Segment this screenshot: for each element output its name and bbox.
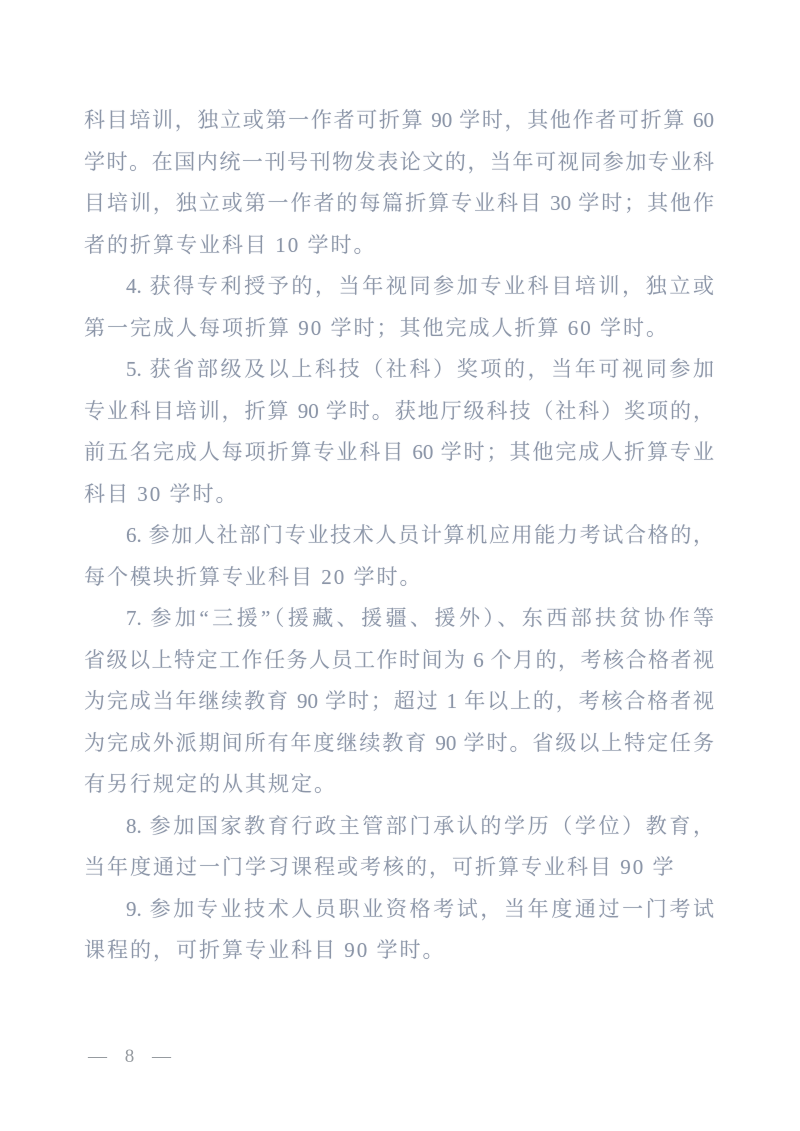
- text-line: 8. 参加国家教育行政主管部门承认的学历（学位）教育，: [84, 806, 714, 848]
- text-line: 前五名完成人每项折算专业科目 60 学时；其他完成人折算专业: [84, 432, 714, 474]
- text-line: 为完成当年继续教育 90 学时；超过 1 年以上的，考核合格者视: [84, 681, 714, 723]
- text-line: 6. 参加人社部门专业技术人员计算机应用能力考试合格的，: [84, 515, 714, 557]
- text-line: 课程的，可折算专业科目 90 学时。: [84, 930, 714, 972]
- text-line: 者的折算专业科目 10 学时。: [84, 225, 714, 267]
- text-line: 省级以上特定工作任务人员工作时间为 6 个月的，考核合格者视: [84, 640, 714, 682]
- text-line: 专业科目培训，折算 90 学时。获地厅级科技（社科）奖项的，: [84, 391, 714, 433]
- text-line: 科目培训，独立或第一作者可折算 90 学时，其他作者可折算 60: [84, 100, 714, 142]
- page-number: — 8 —: [88, 1046, 173, 1067]
- text-line: 科目 30 学时。: [84, 474, 714, 516]
- text-line: 目培训，独立或第一作者的每篇折算专业科目 30 学时；其他作: [84, 183, 714, 225]
- page-footer: — 8 —: [88, 1046, 173, 1068]
- text-line: 为完成外派期间所有年度继续教育 90 学时。省级以上特定任务: [84, 723, 714, 765]
- text-line: 有另行规定的从其规定。: [84, 764, 714, 806]
- document-text-block: 科目培训，独立或第一作者可折算 90 学时，其他作者可折算 60 学时。在国内统…: [84, 100, 714, 972]
- document-page: 科目培训，独立或第一作者可折算 90 学时，其他作者可折算 60 学时。在国内统…: [0, 0, 800, 1131]
- text-line: 当年度通过一门学习课程或考核的，可折算专业科目 90 学时。: [84, 847, 714, 889]
- text-line: 第一完成人每项折算 90 学时；其他完成人折算 60 学时。: [84, 308, 714, 350]
- text-line: 4. 获得专利授予的，当年视同参加专业科目培训，独立或: [84, 266, 714, 308]
- text-line: 学时。在国内统一刊号刊物发表论文的，当年可视同参加专业科: [84, 142, 714, 184]
- text-line: 5. 获省部级及以上科技（社科）奖项的，当年可视同参加: [84, 349, 714, 391]
- text-line: 9. 参加专业技术人员职业资格考试，当年度通过一门考试: [84, 889, 714, 931]
- text-line: 每个模块折算专业科目 20 学时。: [84, 557, 714, 599]
- text-line: 7. 参加“三援”（援藏、援疆、援外）、东西部扶贫协作等: [84, 598, 714, 640]
